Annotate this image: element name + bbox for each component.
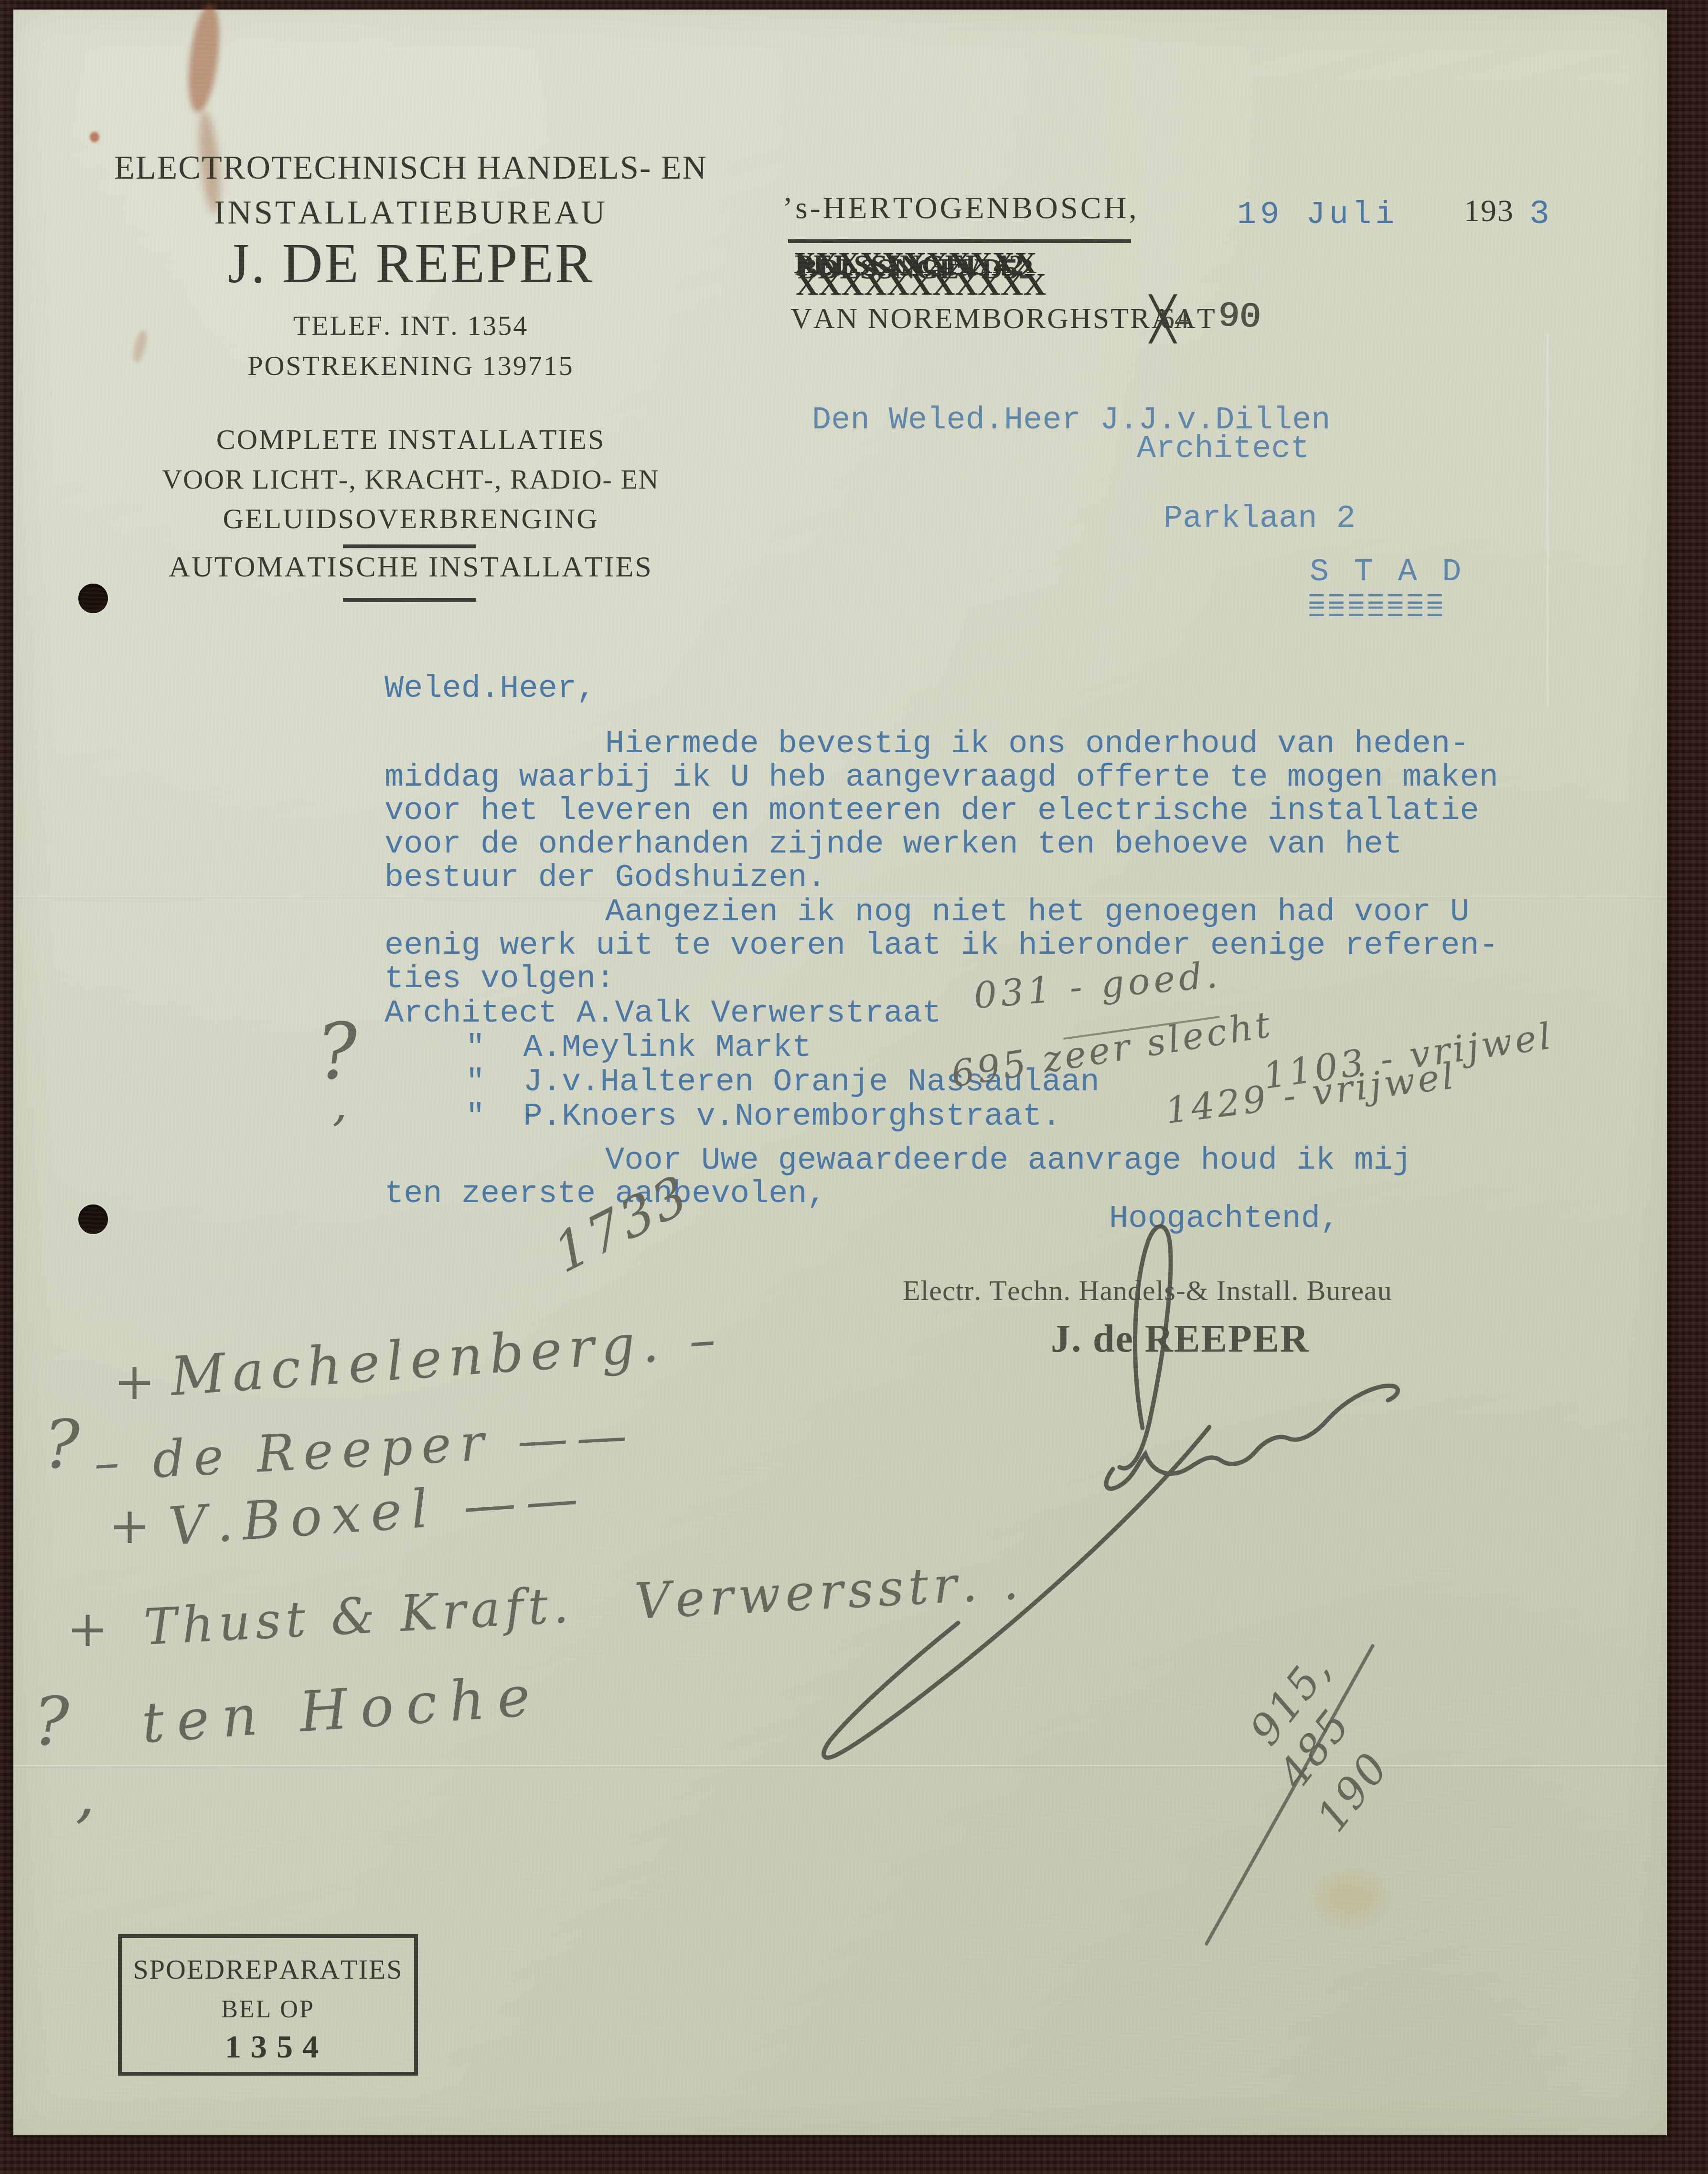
salutation: Weled.Heer, xyxy=(384,671,596,707)
spoed-box-line1: SPOEDREPARATIES xyxy=(118,1953,418,1985)
letterhead-services4: AUTOMATISCHE INSTALLATIES xyxy=(110,550,712,584)
letterhead-divider-2 xyxy=(343,598,476,602)
margin-note-4-mark: + xyxy=(67,1600,108,1658)
letterhead-telefoon: TELEF. INT. 1354 xyxy=(110,309,712,341)
body-closing-line1: Voor Uwe gewaardeerde aanvrage houd ik m… xyxy=(605,1142,1412,1179)
scanned-letter: ELECTROTECHNISCH HANDELS- EN INSTALLATIE… xyxy=(0,0,1708,2174)
letterhead-services1: COMPLETE INSTALLATIES xyxy=(110,423,712,456)
body-p1-line3: voor het leveren en monteeren der electr… xyxy=(384,793,1479,829)
margin-note-2-mark: ? xyxy=(44,1406,80,1484)
letterhead-divider-1 xyxy=(343,544,476,548)
body-p1-line2: middag waarbij ik U heb aangevraagd offe… xyxy=(384,759,1498,796)
letterhead-line2: INSTALLATIEBUREAU xyxy=(110,194,712,232)
stamp-name-line: J. de REEPER xyxy=(1051,1316,1309,1361)
pencil-question-flick: , xyxy=(332,1076,348,1131)
margin-note-3-mark: + xyxy=(109,1497,150,1555)
spoed-box-line2: BEL OP xyxy=(118,1995,418,2024)
recipient-street: Parklaan 2 xyxy=(1164,501,1356,537)
recipient-title: Architect xyxy=(1137,431,1310,467)
letterhead-services2: VOOR LICHT-, KRACHT-, RADIO- EN xyxy=(110,463,712,495)
body-p1-line4: voor de onderhanden zijnde werken ten be… xyxy=(384,826,1402,863)
stamp-bureau-line: Electr. Techn. Handels-& Install. Bureau xyxy=(903,1274,1392,1307)
dateline-year-printed: 193 xyxy=(1464,193,1514,229)
street-number-strike-mark: ╳ xyxy=(1150,294,1175,344)
body-p1-line5: bestuur der Godshuizen. xyxy=(384,860,826,896)
reference-line-4: " P.Knoers v.Noremborghstraat. xyxy=(466,1098,1061,1135)
body-p1-line1: Hiermede bevestig ik ons onderhoud van h… xyxy=(605,726,1469,762)
reference-line-1: Architect A.Valk Verwerstraat xyxy=(384,995,941,1032)
letterhead-line1: ELECTROTECHNISCH HANDELS- EN xyxy=(110,149,712,187)
recipient-underline-2: ======= xyxy=(1308,596,1445,630)
margin-note-1-mark: + xyxy=(114,1353,155,1411)
letterhead-postrekening: POSTREKENING 139715 xyxy=(110,350,712,382)
body-p2-line1: Aangezien ik nog niet het genoegen had v… xyxy=(605,894,1469,930)
punch-hole-top xyxy=(78,584,108,613)
body-p2-line2: eenig werk uit te voeren laat ik hierond… xyxy=(384,927,1498,964)
margin-note-5-mark: ? xyxy=(33,1683,69,1761)
reference-line-2: " A.Meylink Markt xyxy=(466,1030,811,1066)
spoed-box-number: 1354 xyxy=(127,2028,427,2066)
dateline-date: 19 Juli xyxy=(1237,197,1398,233)
obliterated-address-strike2: XXXXXXXXXXX xyxy=(796,266,1046,303)
street-number-new: 90 xyxy=(1217,296,1261,338)
signoff-hoogachtend: Hoogachtend, xyxy=(1109,1201,1339,1237)
punch-hole-bottom xyxy=(78,1204,108,1234)
body-p2-line3: ties volgen: xyxy=(384,961,615,997)
letterhead-company-name: J. DE REEPER xyxy=(110,231,712,296)
dateline-year-digit: 3 xyxy=(1529,196,1549,234)
dateline-city: ’s-HERTOGENBOSCH, xyxy=(782,190,1139,226)
dateline-city-underline xyxy=(788,239,1131,243)
letterhead-services3: GELUIDSOVERBRENGING xyxy=(110,502,712,535)
margin-note-5-flick: , xyxy=(75,1758,95,1830)
